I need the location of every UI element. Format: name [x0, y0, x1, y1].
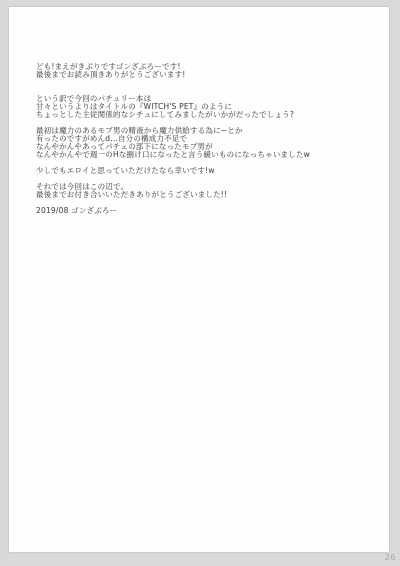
text-line: 最後までお付き合いいただきありがとうございました!!: [36, 191, 366, 199]
paragraph-closing: それでは今回はこの辺で。 最後までお付き合いいただきありがとうございました!!: [36, 183, 366, 199]
paragraph-hope: 少しでもエロイと思っていただけたなら幸いです!w: [36, 167, 366, 175]
paragraph-greeting: ども!まえがきぶりですゴンざぶろーです! 最後までお読み頂きありがとうございます…: [36, 63, 366, 79]
text-line: ちょっとした主従関係的なシチュにしてみましたがいかがだったでしょう?: [36, 111, 366, 119]
paragraph-book-intro: という訳で今回のパチュリー本は 甘々というよりはタイトルの『WITCH'S PE…: [36, 95, 366, 119]
page-number: 26: [385, 553, 396, 562]
text-line: 最後までお読み頂きありがとうございます!: [36, 71, 366, 79]
scanned-page: ども!まえがきぶりですゴンざぶろーです! 最後までお読み頂きありがとうございます…: [9, 7, 389, 552]
paragraph-signature: 2019/08 ゴンざぶろー: [36, 207, 366, 215]
signature-line: 2019/08 ゴンざぶろー: [36, 207, 366, 215]
text-line: 少しでもエロイと思っていただけたなら幸いです!w: [36, 167, 366, 175]
paragraph-story-notes: 最初は魔力のあるモブ男の精液から魔力供給する為に~とか 有ったのですがめんd…自…: [36, 127, 366, 159]
text-line: なんやかんやで週一のHな捌け口になったと言う緩いものになっちゃいましたw: [36, 151, 366, 159]
afterword-text: ども!まえがきぶりですゴンざぶろーです! 最後までお読み頂きありがとうございます…: [36, 63, 366, 223]
